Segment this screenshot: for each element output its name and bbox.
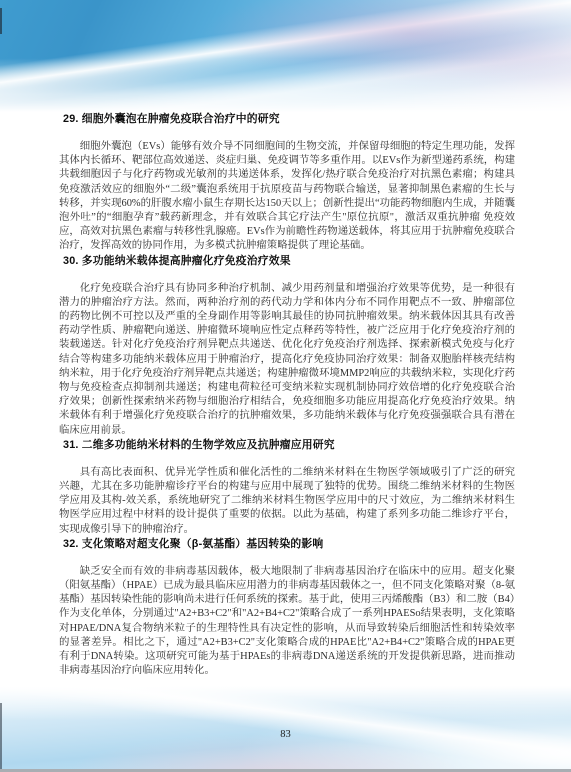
section-paragraph: 细胞外囊泡（EVs）能够有效介导不同细胞间的生物交流，并保留母细胞的特定生理功能… bbox=[59, 140, 515, 254]
section-paragraph: 缺乏安全而有效的非病毒基因载体，极大地限制了非病毒基因治疗在临床中的应用。超支化… bbox=[59, 565, 515, 679]
page-content: 29. 细胞外囊泡在肿瘤免疫联合治疗中的研究 细胞外囊泡（EVs）能够有效介导不… bbox=[59, 112, 515, 679]
header-swoosh-decoration bbox=[0, 0, 571, 112]
section-heading: 30. 多功能纳米载体提高肿瘤化疗免疫治疗效果 bbox=[63, 254, 515, 268]
scan-edge-artifact bbox=[0, 8, 2, 34]
section-29: 29. 细胞外囊泡在肿瘤免疫联合治疗中的研究 细胞外囊泡（EVs）能够有效介导不… bbox=[59, 112, 515, 254]
section-30: 30. 多功能纳米载体提高肿瘤化疗免疫治疗效果 化疗免疫联合治疗具有协同多种治疗… bbox=[59, 254, 515, 438]
section-heading: 29. 细胞外囊泡在肿瘤免疫联合治疗中的研究 bbox=[63, 112, 515, 126]
page-number: 83 bbox=[0, 729, 571, 740]
section-paragraph: 具有高比表面积、优异光学性质和催化活性的二维纳米材料在生物医学领域吸引了广泛的研… bbox=[59, 466, 515, 537]
section-31: 31. 二维多功能纳米材料的生物学效应及抗肿瘤应用研究 具有高比表面积、优异光学… bbox=[59, 438, 515, 537]
section-heading: 31. 二维多功能纳米材料的生物学效应及抗肿瘤应用研究 bbox=[63, 438, 515, 452]
section-32: 32. 支化策略对超支化聚（β-氨基酯）基因转染的影响 缺乏安全而有效的非病毒基… bbox=[59, 537, 515, 679]
document-page: 29. 细胞外囊泡在肿瘤免疫联合治疗中的研究 细胞外囊泡（EVs）能够有效介导不… bbox=[0, 0, 571, 772]
scan-edge-artifact bbox=[0, 703, 2, 769]
section-paragraph: 化疗免疫联合治疗具有协同多种治疗机制、减少用药剂量和增强治疗效果等优势，是一种很… bbox=[59, 282, 515, 438]
section-heading: 32. 支化策略对超支化聚（β-氨基酯）基因转染的影响 bbox=[63, 537, 515, 551]
